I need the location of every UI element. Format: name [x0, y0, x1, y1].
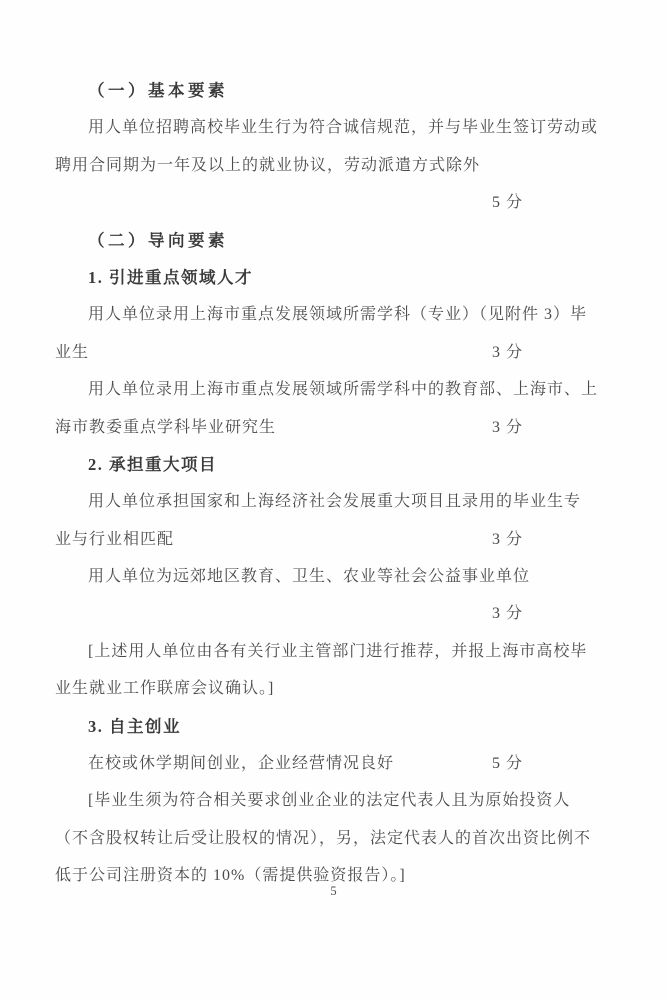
score-value: 3 分	[492, 334, 523, 371]
document-page: （一）基本要素 用人单位招聘高校毕业生行为符合诚信规范，并与毕业生签订劳动或 聘…	[0, 0, 667, 1000]
item-3-heading: 3. 自主创业	[55, 708, 615, 745]
paragraph-line: 用人单位招聘高校毕业生行为符合诚信规范，并与毕业生签订劳动或	[55, 109, 615, 146]
paragraph-line: 用人单位为远郊地区教育、卫生、农业等社会公益事业单位	[55, 558, 615, 595]
note-line: [上述用人单位由各有关行业主管部门进行推荐，并报上海市高校毕	[55, 633, 615, 670]
paragraph-line: 业生 3 分	[55, 334, 615, 371]
paragraph-line: 用人单位录用上海市重点发展领域所需学科（专业）（见附件 3）毕	[55, 296, 615, 333]
paragraph-line: 业与行业相匹配 3 分	[55, 521, 615, 558]
paragraph-text: 海市教委重点学科毕业研究生	[55, 419, 276, 436]
paragraph-line: 在校或休学期间创业，企业经营情况良好 5 分	[55, 745, 615, 782]
paragraph-text: 业生	[55, 344, 89, 361]
item-1-heading: 1. 引进重点领域人才	[55, 259, 615, 296]
note-line: [毕业生须为符合相关要求创业企业的法定代表人且为原始投资人	[55, 782, 615, 819]
page-number: 5	[0, 884, 667, 899]
section-1-heading: （一）基本要素	[55, 72, 615, 109]
score-line: 5 分	[55, 184, 615, 221]
score-value: 3 分	[492, 521, 523, 558]
document-body: （一）基本要素 用人单位招聘高校毕业生行为符合诚信规范，并与毕业生签订劳动或 聘…	[55, 72, 615, 895]
paragraph-text: 在校或休学期间创业，企业经营情况良好	[88, 755, 394, 772]
item-2-heading: 2. 承担重大项目	[55, 446, 615, 483]
paragraph-line: 用人单位承担国家和上海经济社会发展重大项目且录用的毕业生专	[55, 483, 615, 520]
score-value: 5 分	[492, 184, 523, 221]
score-value: 3 分	[492, 595, 523, 632]
paragraph-line: 海市教委重点学科毕业研究生 3 分	[55, 409, 615, 446]
section-2-heading: （二）导向要素	[55, 222, 615, 259]
score-value: 3 分	[492, 409, 523, 446]
note-line: 业生就业工作联席会议确认。]	[55, 670, 615, 707]
paragraph-text: 业与行业相匹配	[55, 531, 174, 548]
paragraph-line: 聘用合同期为一年及以上的就业协议，劳动派遣方式除外	[55, 147, 615, 184]
score-value: 5 分	[492, 745, 523, 782]
note-line: （不含股权转让后受让股权的情况），另，法定代表人的首次出资比例不	[55, 820, 615, 857]
score-line: 3 分	[55, 595, 615, 632]
paragraph-line: 用人单位录用上海市重点发展领域所需学科中的教育部、上海市、上	[55, 371, 615, 408]
